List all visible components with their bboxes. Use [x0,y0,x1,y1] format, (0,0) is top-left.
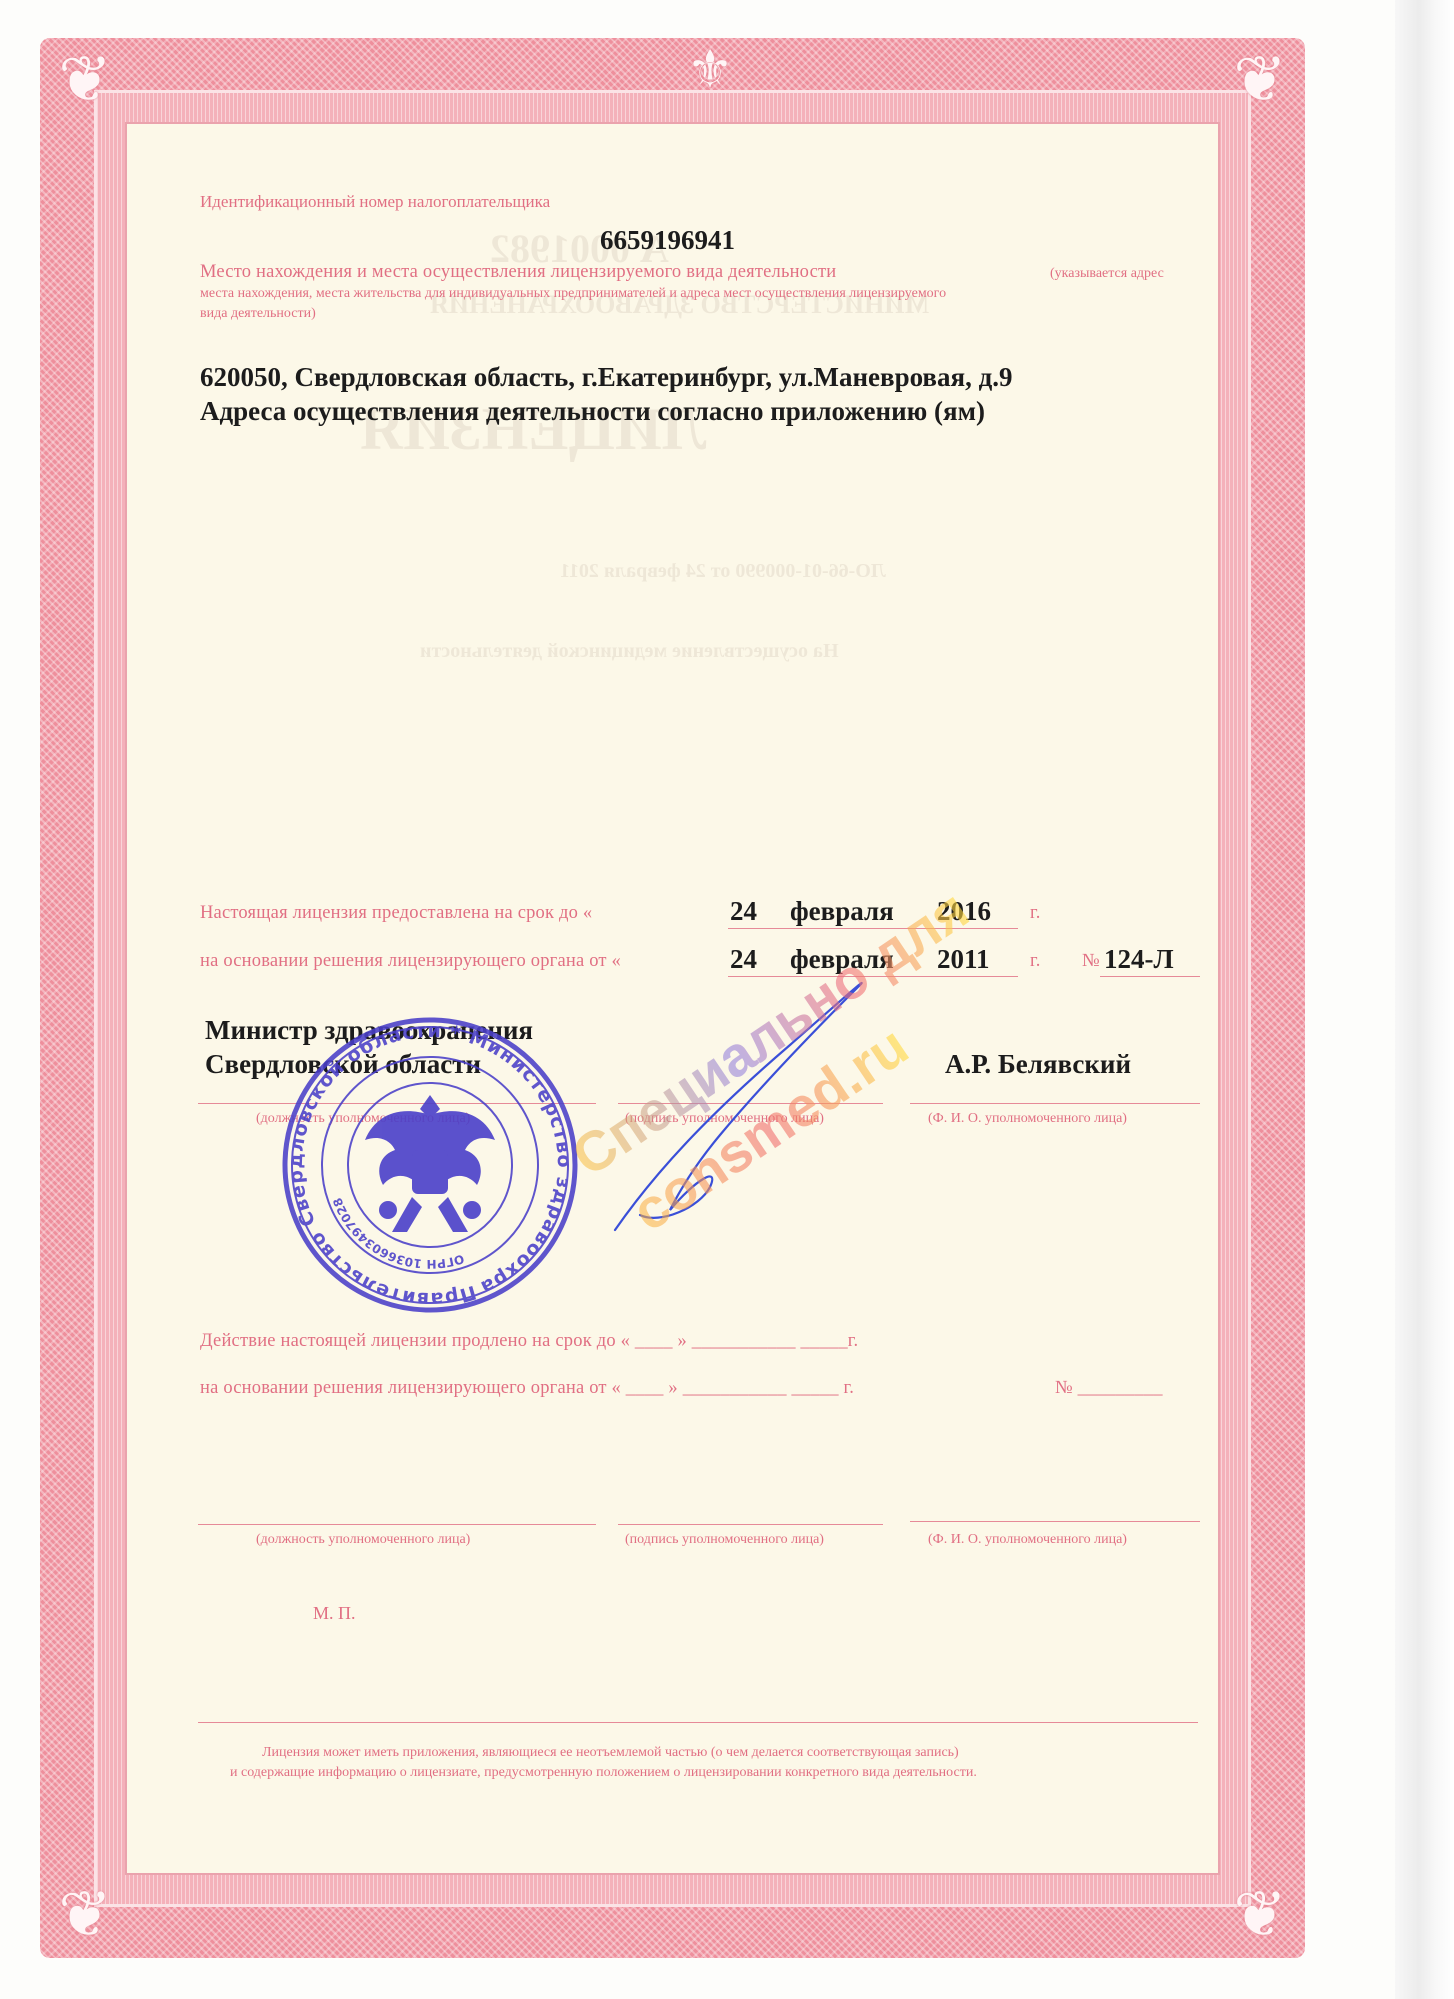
extension-line-position [198,1524,596,1525]
basis-year: 2011 [937,944,990,975]
term-label: Настоящая лицензия предоставлена на срок… [200,903,592,924]
corner-ornament-icon: ❦ [50,45,120,115]
signatory-name: А.Р. Белявский [945,1049,1131,1080]
bleed-through-text: ЛО-66-01-000990 от 24 февраля 2011 [560,560,886,583]
extension-number: № _________ [1055,1378,1163,1399]
location-label: Место нахождения и места осуществления л… [200,262,836,283]
location-note: (указывается адрес [1050,266,1164,282]
signature-line-name [910,1103,1200,1104]
footer-note: и содержащие информацию о лицензиате, пр… [230,1765,977,1781]
basis-number-prefix: № [1082,951,1100,972]
basis-number: 124-Л [1104,944,1174,975]
extension-basis-label: на основании решения лицензирующего орга… [200,1378,854,1399]
footer-divider [198,1722,1198,1723]
extension-caption-signature: (подпись уполномоченного лица) [625,1532,824,1548]
handwritten-signature [600,975,920,1235]
basis-day: 24 [730,944,757,975]
term-month: февраля [790,896,894,927]
term-day: 24 [730,896,757,927]
inn-label: Идентификационный номер налогоплательщик… [200,192,550,212]
bleed-through-text: На осуществление медицинской деятельност… [420,640,839,663]
extension-line-sign [618,1524,883,1525]
corner-ornament-icon: ❦ [1225,1880,1295,1950]
location-note: вида деятельности) [200,306,316,322]
extension-line-name [910,1521,1200,1522]
basis-year-suffix: г. [1030,951,1041,972]
double-headed-eagle-icon [365,1095,495,1232]
term-underline [728,928,1018,929]
basis-number-underline [1100,976,1200,977]
top-palmette-ornament-icon: ⚜ [680,40,740,120]
term-year: 2016 [937,896,991,927]
corner-ornament-icon: ❦ [1225,45,1295,115]
inn-value: 6659196941 [600,225,735,256]
basis-label: на основании решения лицензирующего орга… [200,951,621,972]
term-year-suffix: г. [1030,903,1041,924]
caption-name: (Ф. И. О. уполномоченного лица) [928,1111,1127,1127]
address-line: Адреса осуществления деятельности соглас… [200,396,985,427]
location-note: места нахождения, места жительства для и… [200,286,946,302]
footer-note: Лицензия может иметь приложения, являющи… [262,1745,959,1761]
scanner-edge-shadow [1395,0,1454,1999]
extension-caption-position: (должность уполномоченного лица) [256,1532,470,1548]
seal-placeholder-label: М. П. [313,1603,356,1624]
extension-term-label: Действие настоящей лицензии продлено на … [200,1331,858,1352]
corner-ornament-icon: ❦ [50,1880,120,1950]
official-seal-stamp: Правительство Свердловской области * Мин… [280,1015,580,1315]
extension-caption-name: (Ф. И. О. уполномоченного лица) [928,1532,1127,1548]
address-line: 620050, Свердловская область, г.Екатерин… [200,362,1013,393]
basis-month: февраля [790,944,894,975]
